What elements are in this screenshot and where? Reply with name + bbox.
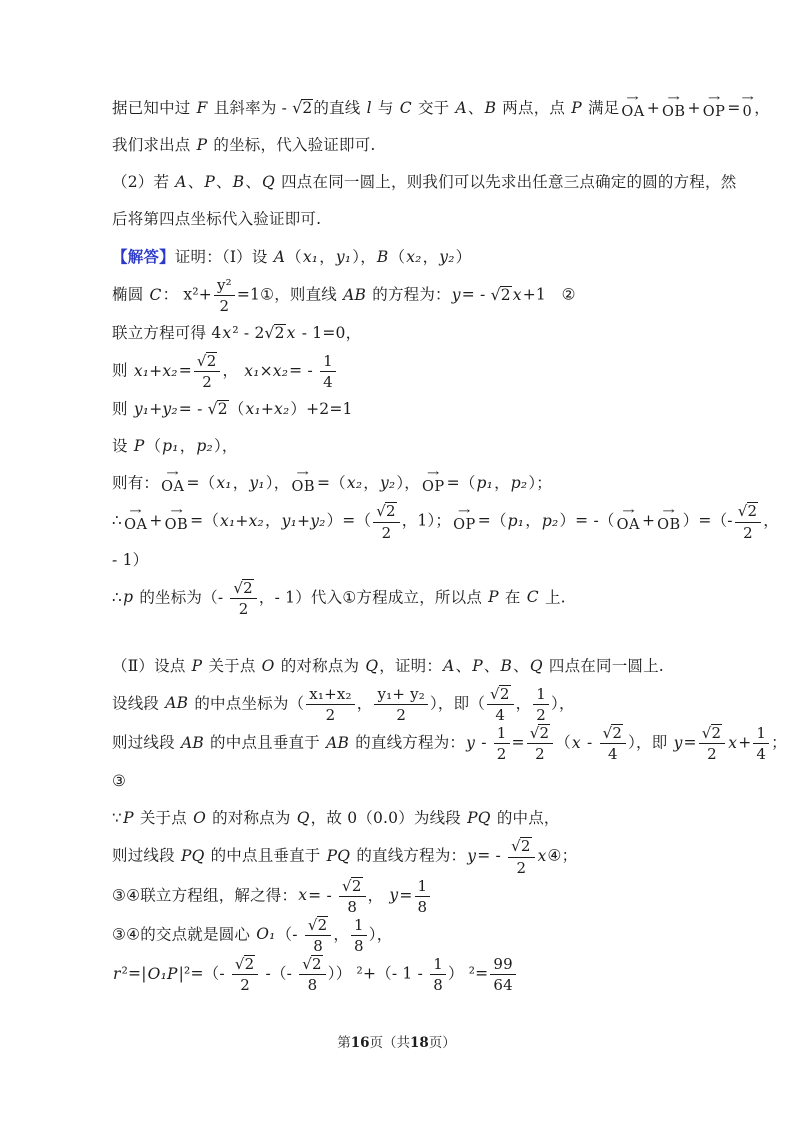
sqrt-expression: √2 <box>197 352 218 370</box>
vector-notation: →OP <box>703 95 726 120</box>
page-footer: 第16页（共18页） <box>0 1031 793 1051</box>
text-run: 与 <box>373 99 399 117</box>
math-variable: p₁ <box>507 512 526 530</box>
text-run: 交于 <box>413 99 455 117</box>
vector-arrow-icon: → <box>616 95 651 104</box>
math-variable: y <box>451 286 462 304</box>
vector-arrow-icon: → <box>447 508 481 517</box>
math-variable: O <box>192 809 207 827</box>
text-run: ③④联立方程组，解之得： <box>112 886 297 904</box>
fraction-numerator: 1 <box>494 724 510 744</box>
radicand: 2 <box>244 955 256 973</box>
text-run: ， <box>763 512 779 530</box>
fraction-denominator: 2 <box>214 296 235 315</box>
text-run: = - <box>289 362 318 380</box>
math-variable: x <box>512 286 523 304</box>
text-run: 关于点 <box>203 657 260 675</box>
text-run: = - <box>462 286 491 304</box>
text-run: ² - 2 <box>232 324 264 342</box>
para-method-line-2: 我们求出点 P 的坐标，代入验证即可. <box>112 127 702 164</box>
text-run: 第 <box>337 1035 351 1051</box>
fraction: √24 <box>600 724 627 763</box>
vector-base: OB <box>165 517 189 533</box>
text-run: =（ <box>190 512 219 530</box>
fraction-denominator: 2 <box>494 744 510 763</box>
radicand: 2 <box>242 579 254 597</box>
fraction-numerator: 1 <box>415 877 431 897</box>
text-run: 、 <box>216 173 232 191</box>
text-run: ，1）； <box>402 512 451 530</box>
math-variable: y₂ <box>379 474 396 492</box>
fraction-numerator: √2 <box>194 352 221 372</box>
text-run: 1 <box>756 724 766 742</box>
fraction: √24 <box>487 685 514 724</box>
text-run: ，- 1）代入①方程成立，所以点 <box>259 588 487 606</box>
fraction: y₁+ y₂2 <box>374 685 428 724</box>
math-variable: x₁+x₂ <box>133 362 179 380</box>
math-variable: x₁+x₂ <box>219 512 265 530</box>
text-run: 1 <box>433 955 443 973</box>
text-run: ），即（ <box>430 694 485 712</box>
math-variable: P <box>122 809 135 827</box>
math-variable: A <box>273 248 286 266</box>
text-run: =（ <box>447 474 476 492</box>
math-variable: x <box>537 847 548 865</box>
text-run: = - <box>477 847 506 865</box>
radicand: 2 <box>217 400 229 419</box>
text-run: 页） <box>429 1035 456 1051</box>
vector-notation: →OB <box>291 470 315 495</box>
vector-arrow-icon: → <box>118 508 153 517</box>
text-run: 的坐标为（- <box>134 588 228 606</box>
vector-arrow-icon: → <box>286 470 321 479</box>
math-variable: P <box>203 173 216 191</box>
text-run: ）， <box>352 248 376 266</box>
text-run: 四点在同一圆上. <box>544 657 664 675</box>
text-run: ； <box>771 734 787 752</box>
fraction-numerator: √2 <box>699 724 726 744</box>
text-run: 上. <box>540 588 566 606</box>
text-run: ，证明： <box>379 657 442 675</box>
fraction: 18 <box>415 877 431 916</box>
math-variable: P <box>487 588 500 606</box>
fraction-denominator: 2 <box>533 705 549 724</box>
math-variable: l <box>366 99 373 117</box>
math-variable: P <box>191 657 204 675</box>
vector-notation: →OP <box>422 470 445 495</box>
text-run: 后将第四点坐标代入验证即可. <box>112 210 321 228</box>
fraction-numerator: 1 <box>430 955 446 975</box>
page-number: 16 <box>351 1035 370 1051</box>
vector-notation: →OA <box>124 508 147 533</box>
text-run: ） ²= <box>448 965 488 983</box>
math-variable: x <box>286 324 297 342</box>
fraction-numerator: 1 <box>753 724 769 744</box>
text-run: ）； <box>528 474 552 492</box>
text-run: （ <box>145 437 161 455</box>
vector-base: OA <box>621 104 644 120</box>
text-run: 在 <box>500 588 526 606</box>
text-run: （ <box>286 248 302 266</box>
radicand: 2 <box>274 324 286 343</box>
text-run: 4 <box>608 745 618 763</box>
math-variable: y₂ <box>438 248 455 266</box>
text-run: x₁+x₂ <box>309 685 352 703</box>
fraction-numerator: √2 <box>527 724 554 744</box>
sqrt-expression: √2 <box>491 286 512 304</box>
math-variable: O <box>261 657 276 675</box>
radicand: 2 <box>747 502 759 520</box>
math-variable: AB <box>180 734 205 752</box>
sqrt-expression: √2 <box>208 400 229 418</box>
fraction-denominator: 2 <box>508 858 535 877</box>
text-run: （- <box>277 925 303 943</box>
fraction-numerator: y₁+ y₂ <box>374 685 428 705</box>
text-run: 页（共 <box>370 1035 411 1051</box>
math-variable: y₁+y₂ <box>281 512 327 530</box>
sqrt-expression: √2 <box>292 99 313 117</box>
math-variable: x <box>221 324 232 342</box>
math-variable: y₁+y₂ <box>133 400 179 418</box>
text-run: =（ <box>186 474 215 492</box>
text-run: 的坐标，代入验证即可. <box>208 136 375 154</box>
text-run: 2 <box>382 524 392 542</box>
text-run: = <box>399 886 412 904</box>
solve-system-line: ③④联立方程组，解之得：x= - √28， y=18 <box>112 877 702 916</box>
text-run: 4 <box>495 706 505 724</box>
sqrt-expression: √2 <box>603 724 624 742</box>
fraction: 12 <box>533 685 549 724</box>
fraction-denominator: 2 <box>230 599 257 618</box>
vector-notation: →OB <box>165 508 189 533</box>
text-run: 满足 <box>583 99 620 117</box>
vector-notation: →OB <box>662 95 686 120</box>
text-run: 4 <box>323 373 333 391</box>
math-variable: O₁ <box>255 925 276 943</box>
fraction-numerator: √2 <box>508 837 535 857</box>
fraction-denominator: 4 <box>600 744 627 763</box>
fraction: √22 <box>735 502 762 541</box>
fraction-denominator: 64 <box>490 975 516 994</box>
text-run: 的中点， <box>492 809 560 827</box>
text-run: 99 <box>493 955 513 973</box>
sqrt-expression: √2 <box>233 579 254 597</box>
sqrt-expression: √2 <box>302 955 323 973</box>
text-run: ， <box>233 474 249 492</box>
math-variable: P <box>570 99 583 117</box>
fraction-numerator: √2 <box>735 502 762 522</box>
text-run: （ <box>229 400 245 418</box>
radicand: 2 <box>499 685 511 703</box>
text-run: ， <box>265 512 281 530</box>
fraction-denominator: 2 <box>735 523 762 542</box>
math-variable: x₂ <box>346 474 363 492</box>
math-variable: x₁ <box>215 474 232 492</box>
sqrt-expression: √2 <box>376 502 397 520</box>
text-run: 、 <box>513 657 529 675</box>
text-run: y² <box>217 276 232 294</box>
math-variable: C <box>526 588 540 606</box>
fraction: √22 <box>527 724 554 763</box>
vector-base: OB <box>291 479 315 495</box>
math-variable: x₁ <box>302 248 319 266</box>
fraction-denominator: 8 <box>339 897 366 916</box>
radicand: 2 <box>500 286 512 305</box>
ellipse-equation-line: 椭圆 C： x²+y²2=1①，则直线 AB 的方程为：y= - √2x+1 ② <box>112 276 702 315</box>
text-run: ③ <box>112 772 126 790</box>
text-run: ， <box>368 886 389 904</box>
combined-equation-line: 联立方程可得 4x² - 2√2x - 1=0， <box>112 315 702 352</box>
text-run: ²=| <box>122 965 147 983</box>
text-run: + <box>738 734 751 752</box>
fraction-denominator: 4 <box>487 705 514 724</box>
text-run: = <box>512 734 525 752</box>
text-run: 2 <box>535 745 545 763</box>
vector-base: 0 <box>743 104 753 120</box>
fraction-denominator: 2 <box>374 705 428 724</box>
text-run: 椭圆 <box>112 286 149 304</box>
math-variable: P <box>133 437 146 455</box>
text-run: ， <box>494 474 510 492</box>
text-run: （ <box>555 734 571 752</box>
text-run: 的对称点为 <box>207 809 296 827</box>
vector-arrow-icon: → <box>416 470 450 479</box>
text-run: 设 <box>112 437 133 455</box>
text-run: 、 <box>468 99 484 117</box>
math-variable: P <box>471 657 484 675</box>
text-run: 2 <box>396 706 406 724</box>
sqrt-expression: √2 <box>308 916 329 934</box>
circle-center-line: ③④的交点就是圆心 O₁（- √28，18）， <box>112 916 702 955</box>
fraction-denominator: 8 <box>351 936 367 955</box>
text-run: 2 <box>202 373 212 391</box>
math-variable: x <box>727 734 738 752</box>
sqrt-expression: √2 <box>702 724 723 742</box>
math-variable: C <box>399 99 413 117</box>
text-run: 4 <box>756 745 766 763</box>
math-variable: PQ <box>466 809 492 827</box>
fraction-numerator: √2 <box>299 955 326 975</box>
text-run: = <box>179 362 192 380</box>
document-page: 据已知中过 F 且斜率为 - √2的直线 l 与 C 交于 A、B 两点，点 P… <box>0 0 793 1122</box>
text-run: ， <box>357 694 373 712</box>
fraction-denominator: 8 <box>415 897 431 916</box>
solution-header-line: 【解答】证明：（Ⅰ）设 A（x₁，y₁），B（x₂，y₂） <box>112 238 702 276</box>
text-run: ）=（ <box>327 512 372 530</box>
math-variable: Q <box>364 657 379 675</box>
fraction-denominator: 2 <box>306 705 355 724</box>
text-run: 2 <box>220 297 230 315</box>
fraction-numerator: √2 <box>232 955 259 975</box>
answer-label: 【解答】 <box>112 247 175 266</box>
fraction-denominator: 2 <box>373 523 400 542</box>
radicand: 2 <box>301 99 313 118</box>
text-run: 1 <box>536 685 546 703</box>
text-run: 的直线方程为： <box>351 847 466 865</box>
text-run: 的直线方程为： <box>350 734 465 752</box>
vector-base: OP <box>703 104 726 120</box>
para-method-line-3: （2）若 A、P、B、Q 四点在同一圆上，则我们可以先求出任意三点确定的圆的方程… <box>112 164 702 201</box>
vector-arrow-icon: → <box>155 470 190 479</box>
fraction-denominator: 8 <box>299 975 326 994</box>
fraction-denominator: 2 <box>232 975 259 994</box>
radicand: 2 <box>385 502 397 520</box>
text-run: 1 <box>354 916 364 934</box>
fraction: x₁+x₂2 <box>306 685 355 724</box>
math-variable: AB <box>325 734 350 752</box>
math-variable: x₂ <box>405 248 422 266</box>
vector-arrow-icon: → <box>656 95 691 104</box>
part2-header-line: （Ⅱ）设点 P 关于点 O 的对称点为 Q，证明：A、P、B、Q 四点在同一圆上… <box>112 648 702 685</box>
math-variable: y <box>388 886 399 904</box>
text-run: -（- <box>260 965 297 983</box>
vector-arrow-icon: → <box>697 95 731 104</box>
text-run: （ <box>390 248 406 266</box>
text-run: 据已知中过 <box>112 99 196 117</box>
fraction: √22 <box>230 579 257 618</box>
text-run: ，故 0（0.0）为线段 <box>311 809 466 827</box>
page-number: 18 <box>410 1035 429 1051</box>
fraction: √28 <box>339 877 366 916</box>
para-method-line-4: 后将第四点坐标代入验证即可. <box>112 201 702 238</box>
math-variable: O₁P <box>147 965 179 983</box>
math-variable: AB <box>342 286 367 304</box>
para-method-line-1: 据已知中过 F 且斜率为 - √2的直线 l 与 C 交于 A、B 两点，点 P… <box>112 90 702 127</box>
text-run: ），即 <box>628 734 672 752</box>
text-run: 我们求出点 <box>112 136 196 154</box>
text-run: ， <box>525 512 541 530</box>
sqrt-expression: √2 <box>342 877 363 895</box>
text-run: 的中点且垂直于 <box>205 847 325 865</box>
text-run: 2 <box>497 745 507 763</box>
fraction-numerator: √2 <box>339 877 366 897</box>
fraction-denominator: 2 <box>699 744 726 763</box>
math-variable: Q <box>261 173 276 191</box>
text-run: |²=（- <box>179 965 230 983</box>
text-run: 证明：（Ⅰ）设 <box>175 248 273 266</box>
set-point-p-line: 设 P（p₁，p₂）， <box>112 428 702 465</box>
math-variable: y <box>466 847 477 865</box>
vector-base: OA <box>124 517 147 533</box>
text-run: 64 <box>493 976 513 994</box>
fraction-numerator: √2 <box>373 502 400 522</box>
fraction-numerator: √2 <box>305 916 332 936</box>
vector-notation: →0 <box>743 95 753 120</box>
text-run: 1 <box>418 877 428 895</box>
pq-midpoint-line: ∵P 关于点 O 的对称点为 Q，故 0（0.0）为线段 PQ 的中点， <box>112 800 702 837</box>
document-body: 据已知中过 F 且斜率为 - √2的直线 l 与 C 交于 A、B 两点，点 P… <box>112 90 702 994</box>
text-run: = - <box>179 400 208 418</box>
math-variable: B <box>232 173 246 191</box>
math-variable: r <box>112 965 122 983</box>
math-variable: p₁ <box>476 474 495 492</box>
math-variable: x <box>297 886 308 904</box>
math-variable: B <box>500 657 514 675</box>
sqrt-expression: √2 <box>738 502 759 520</box>
fraction-numerator: 1 <box>320 352 336 372</box>
text-run: ）=（- <box>683 512 733 530</box>
fraction: √28 <box>305 916 332 955</box>
math-variable: y₁ <box>248 474 265 492</box>
text-run: - 1=0， <box>297 324 362 342</box>
vector-base: OP <box>453 517 476 533</box>
math-variable: AB <box>164 694 189 712</box>
fraction-numerator: 1 <box>351 916 367 936</box>
math-variable: p₁ <box>161 437 180 455</box>
p-coordinates-conclusion-line: ∴p 的坐标为（- √22，- 1）代入①方程成立，所以点 P 在 C 上. <box>112 579 702 618</box>
fraction-numerator: y² <box>214 276 235 296</box>
math-variable: x₁+x₂ <box>245 400 291 418</box>
math-variable: y₁ <box>335 248 352 266</box>
fraction-denominator: 8 <box>430 975 446 994</box>
sum-y-line: 则 y₁+y₂= - √2（x₁+x₂）+2=1 <box>112 391 702 428</box>
text-run: ④； <box>548 847 578 865</box>
fraction: 9964 <box>490 955 516 994</box>
text-run: ）= -（ <box>559 512 614 530</box>
fraction-denominator: 2 <box>194 372 221 391</box>
vector-base: OA <box>617 517 640 533</box>
text-run: 则过线段 <box>112 734 180 752</box>
vector-notation: →OA <box>161 470 184 495</box>
text-run: 的对称点为 <box>276 657 365 675</box>
text-run: 2 <box>536 706 546 724</box>
fraction: y²2 <box>214 276 235 315</box>
fraction: 14 <box>753 724 769 763</box>
math-variable: x <box>571 734 582 752</box>
text-run: - <box>476 734 492 752</box>
radicand: 2 <box>520 837 532 855</box>
text-run: 则 <box>112 400 133 418</box>
math-variable: A <box>174 173 187 191</box>
vector-notation: →OA <box>617 508 640 533</box>
text-run: y₁+ y₂ <box>377 685 425 703</box>
text-run: 8 <box>433 976 443 994</box>
text-run: 8 <box>418 898 428 916</box>
math-variable: C <box>149 286 163 304</box>
math-variable: p₂ <box>510 474 529 492</box>
math-variable: A <box>454 99 467 117</box>
vector-arrow-icon: → <box>740 95 755 104</box>
text-run: = - <box>308 886 337 904</box>
math-variable: p <box>122 588 134 606</box>
text-run: 8 <box>313 937 323 955</box>
text-run: 且斜率为 - <box>209 99 293 117</box>
vector-base: OA <box>161 479 184 495</box>
text-run: 2 <box>516 859 526 877</box>
text-run: 2 <box>743 524 753 542</box>
fraction-denominator: 4 <box>753 744 769 763</box>
radicand: 2 <box>711 724 723 742</box>
sqrt-expression: √2 <box>265 324 286 342</box>
text-run: ）， <box>551 694 575 712</box>
vector-base: OB <box>662 104 686 120</box>
fraction: √22 <box>508 837 535 876</box>
text-run: 2 <box>707 745 717 763</box>
text-run: =（ <box>478 512 507 530</box>
radicand: 2 <box>311 955 323 973</box>
text-run: 1 <box>323 352 333 370</box>
math-variable: B <box>484 99 498 117</box>
text-run: 则 <box>112 362 133 380</box>
math-variable: Q <box>529 657 544 675</box>
radicand: 2 <box>351 877 363 895</box>
vector-base: OP <box>422 479 445 495</box>
fraction-numerator: x₁+x₂ <box>306 685 355 705</box>
text-run: ）， <box>369 925 393 943</box>
text-run: 1 <box>497 724 507 742</box>
math-variable: F <box>196 99 209 117</box>
fraction: 14 <box>320 352 336 391</box>
